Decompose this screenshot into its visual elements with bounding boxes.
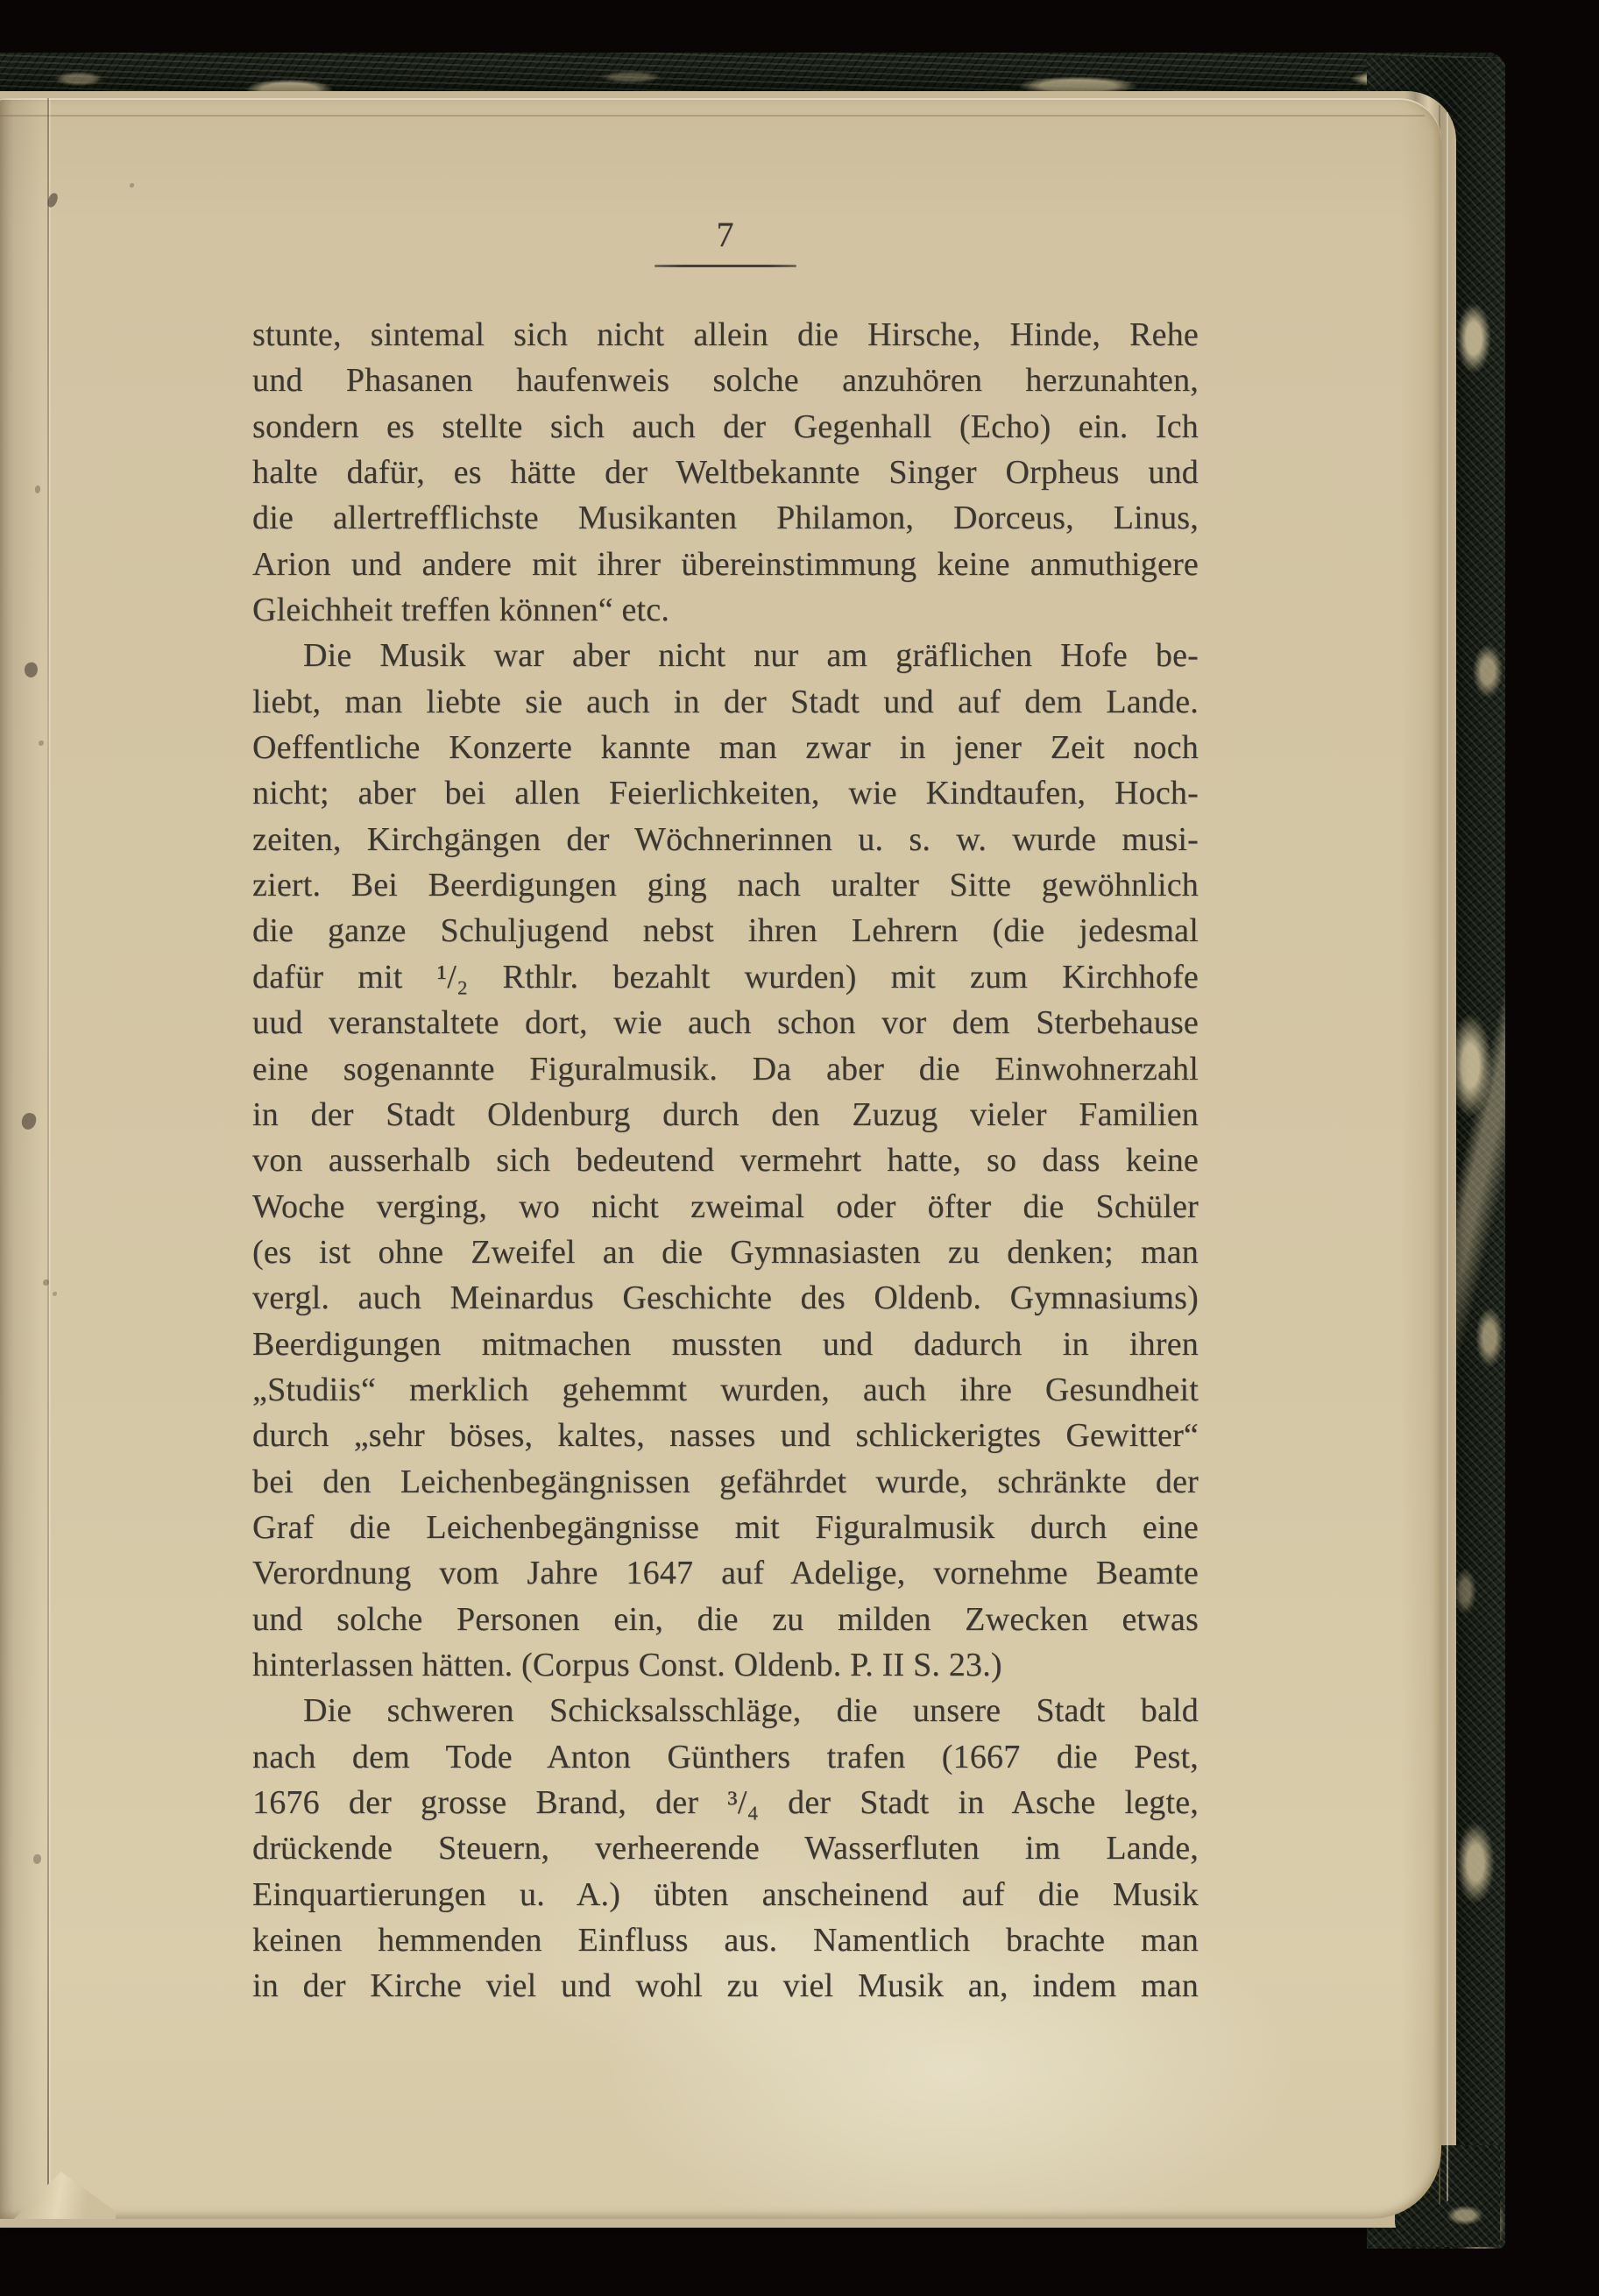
text-line: Die Musik war aber nicht nur am gräflich… [252, 633, 1199, 678]
text-line: die ganze Schuljugend nebst ihren Lehrer… [252, 908, 1199, 953]
page-header: 7 [252, 209, 1199, 267]
text-line: von ausserhalb sich bedeutend vermehrt h… [252, 1137, 1199, 1183]
text-line: Einquartierungen u. A.) übten anscheinen… [252, 1872, 1199, 1917]
text-line: und solche Personen ein, die zu milden Z… [252, 1597, 1199, 1642]
text-line: dafür mit ¹/₂ Rthlr. bezahlt wurden) mit… [252, 954, 1199, 1000]
text-line: uud veranstaltete dort, wie auch schon v… [252, 1000, 1199, 1045]
page-number: 7 [252, 209, 1199, 261]
text-line: Gleichheit treffen können“ etc. [252, 587, 1199, 633]
text-line: Oeffentliche Konzerte kannte man zwar in… [252, 725, 1199, 770]
page-stack-edge-line [1447, 112, 1448, 2201]
text-line: „Studiis“ merklich gehemmt wurden, auch … [252, 1367, 1199, 1413]
text-line: vergl. auch Meinardus Geschichte des Old… [252, 1275, 1199, 1321]
text-line: ziert. Bei Beerdigungen ging nach uralte… [252, 862, 1199, 908]
page-number-rule [654, 265, 796, 267]
page-gutter-crease [47, 98, 49, 2208]
text-line: 1676 der grosse Brand, der ³/₄ der Stadt… [252, 1780, 1199, 1825]
text-line: Woche verging, wo nicht zweimal oder öft… [252, 1184, 1199, 1229]
text-line: hinterlassen hätten. (Corpus Const. Olde… [252, 1642, 1199, 1688]
text-line: keinen hemmenden Einfluss aus. Namentlic… [252, 1917, 1199, 1963]
text-line: liebt, man liebte sie auch in der Stadt … [252, 679, 1199, 725]
text-line: bei den Leichenbegängnissen gefährdet wu… [252, 1459, 1199, 1505]
text-line: halte dafür, es hätte der Weltbekannte S… [252, 450, 1199, 495]
text-line: und Phasanen haufenweis solche anzuhören… [252, 358, 1199, 403]
text-line: in der Stadt Oldenburg durch den Zuzug v… [252, 1092, 1199, 1137]
text-line: eine sogenannte Figuralmusik. Da aber di… [252, 1046, 1199, 1092]
text-line: Beerdigungen mitmachen mussten und dadur… [252, 1322, 1199, 1367]
text-line: in der Kirche viel und wohl zu viel Musi… [252, 1963, 1199, 2009]
text-line: Verordnung vom Jahre 1647 auf Adelige, v… [252, 1550, 1199, 1596]
text-line: stunte, sintemal sich nicht allein die H… [252, 312, 1199, 358]
text-line: Graf die Leichenbegängnisse mit Figuralm… [252, 1505, 1199, 1550]
text-line: nach dem Tode Anton Günthers trafen (166… [252, 1734, 1199, 1780]
text-line: nicht; aber bei allen Feierlichkeiten, w… [252, 770, 1199, 816]
book-scan-stage: 7 stunte, sintemal sich nicht allein die… [0, 0, 1599, 2296]
text-line: sondern es stellte sich auch der Gegenha… [252, 404, 1199, 450]
text-line: durch „sehr böses, kaltes, nasses und sc… [252, 1413, 1199, 1458]
text-line: die allertrefflichste Musikanten Philamo… [252, 495, 1199, 541]
text-block: stunte, sintemal sich nicht allein die H… [252, 312, 1199, 2009]
text-line: (es ist ohne Zweifel an die Gymnasiasten… [252, 1229, 1199, 1275]
text-line: Die schweren Schicksalsschläge, die unse… [252, 1688, 1199, 1733]
text-line: drückende Steuern, verheerende Wasserflu… [252, 1825, 1199, 1871]
page-top-edge-line [0, 115, 1425, 117]
text-line: zeiten, Kirchgängen der Wöchnerinnen u. … [252, 817, 1199, 862]
text-line: Arion und andere mit ihrer übereinstimmu… [252, 542, 1199, 587]
